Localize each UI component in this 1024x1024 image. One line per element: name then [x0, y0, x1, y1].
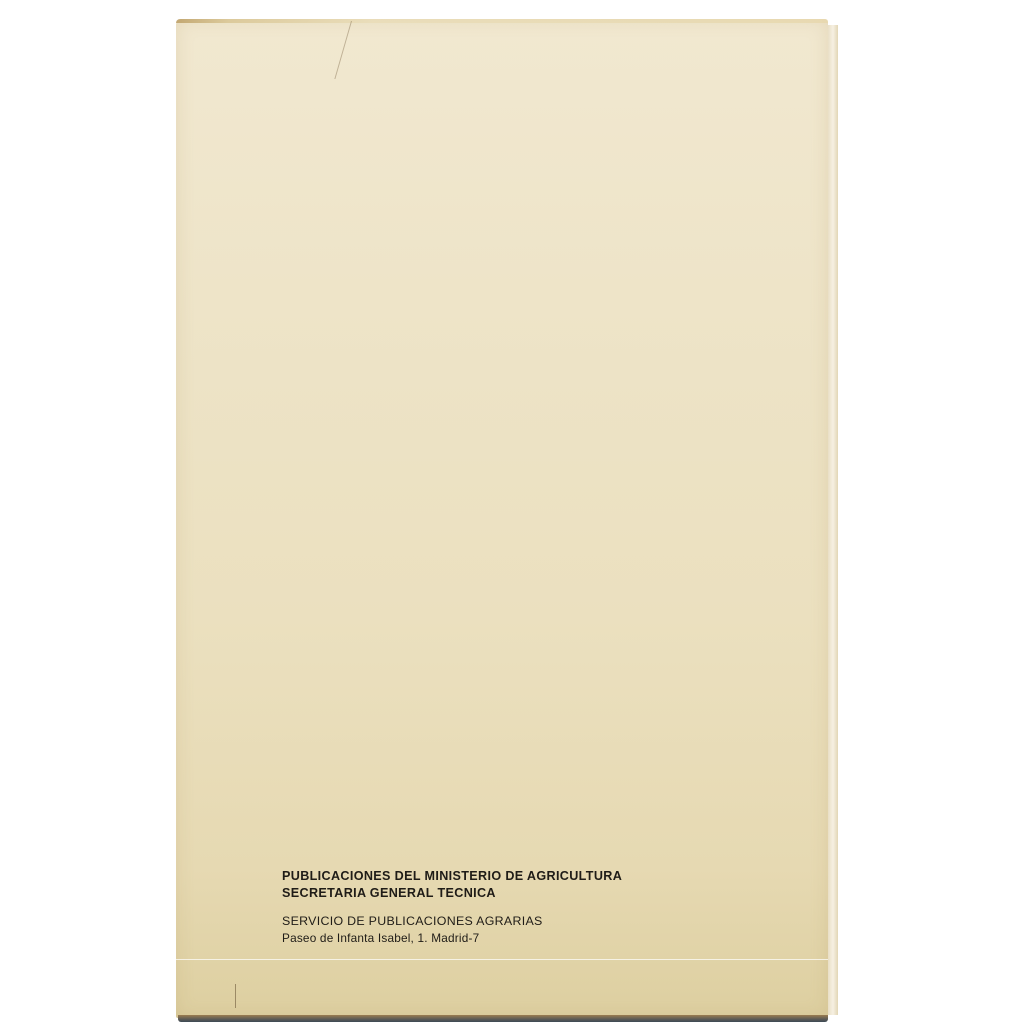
publisher-imprint: PUBLICACIONES DEL MINISTERIO DE AGRICULT… — [282, 868, 622, 947]
book-bottom-edge — [178, 1015, 828, 1022]
imprint-secretariat: SECRETARIA GENERAL TECNICA — [282, 885, 622, 902]
cover-scuff-mark — [235, 984, 236, 1008]
imprint-service: SERVICIO DE PUBLICACIONES AGRARIAS — [282, 912, 622, 930]
cover-reflection-line — [176, 959, 828, 960]
imprint-ministry: PUBLICACIONES DEL MINISTERIO DE AGRICULT… — [282, 868, 622, 885]
book-back-cover: PUBLICACIONES DEL MINISTERIO DE AGRICULT… — [176, 19, 828, 1018]
imprint-address: Paseo de Infanta Isabel, 1. Madrid-7 — [282, 930, 622, 947]
cover-crease — [334, 21, 370, 79]
book-spine-edge — [828, 25, 838, 1015]
